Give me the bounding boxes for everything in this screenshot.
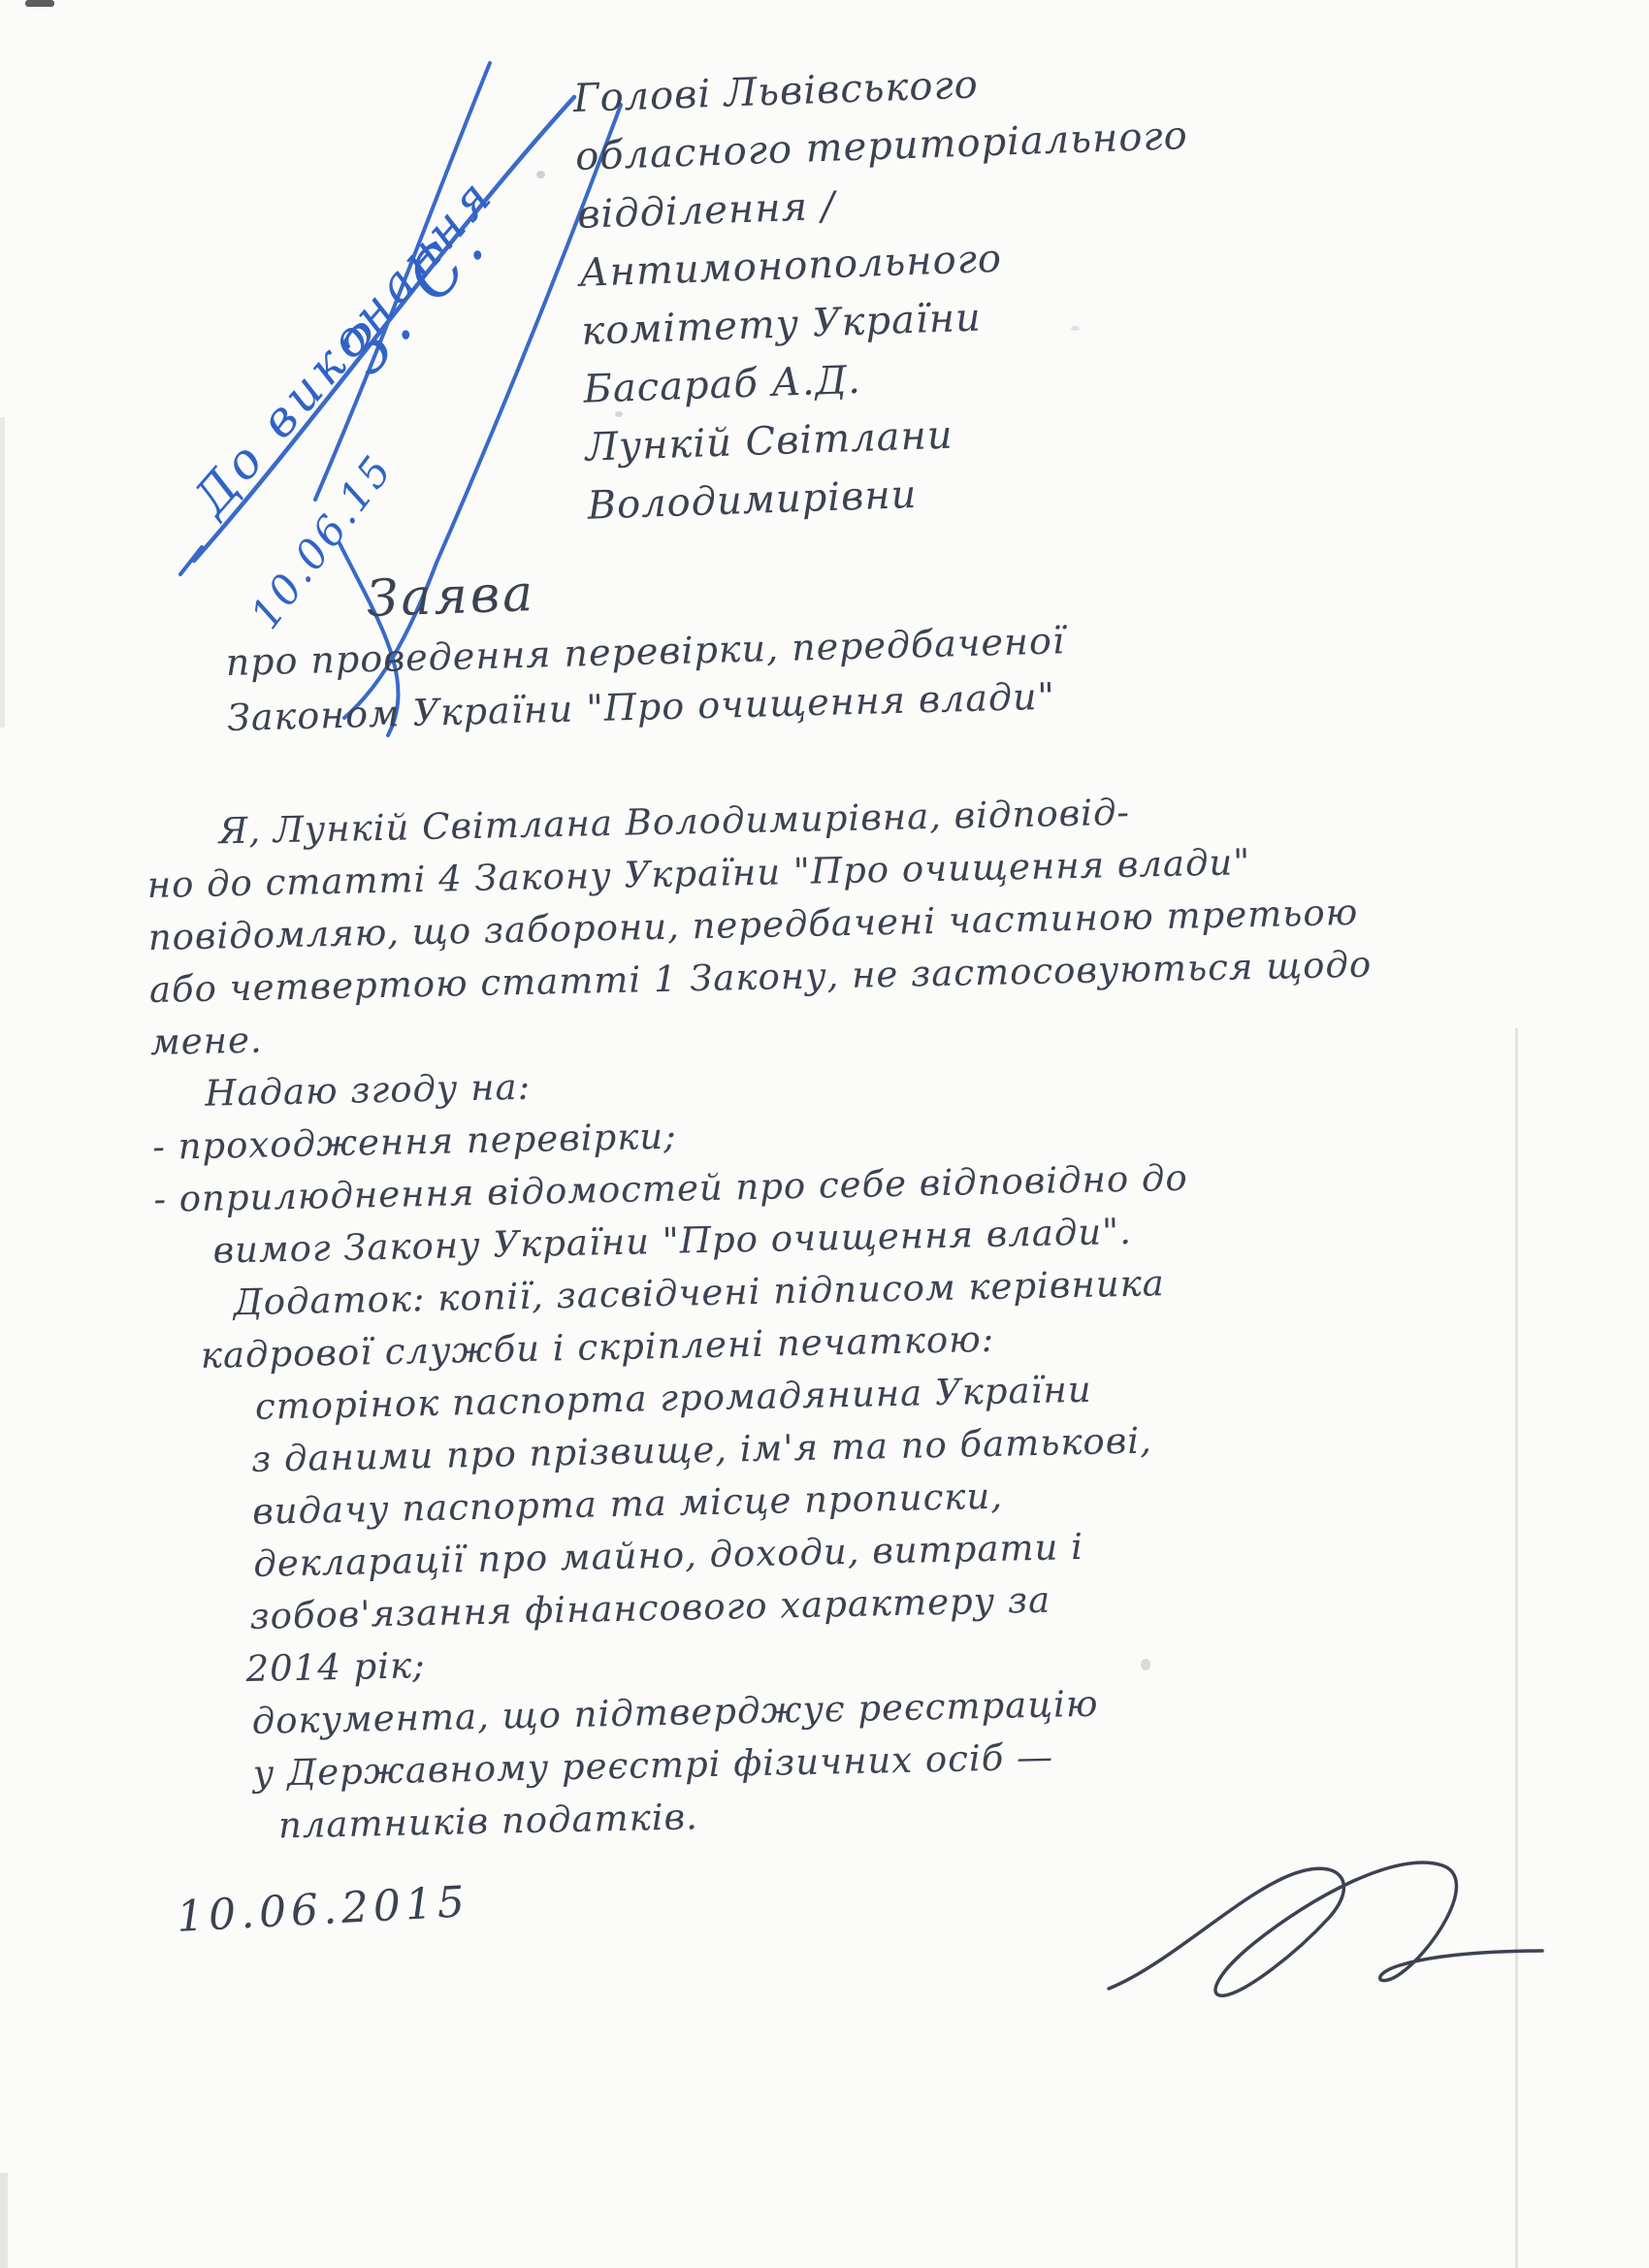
scan-edge-shadow	[0, 417, 5, 728]
doc-subtitle: про проведення перевірки, передбаченої З…	[225, 613, 1067, 746]
doc-title: Заява	[366, 565, 536, 629]
paper-crease	[1515, 1028, 1518, 2268]
scan-edge-shadow	[0, 2173, 8, 2268]
blue-underline-barb	[180, 547, 202, 574]
recipient-block: Голові Львівського обласного територіаль…	[572, 49, 1201, 535]
applicant-signature	[1101, 1829, 1557, 2061]
doc-date: 10.06.2015	[176, 1877, 470, 1942]
scanned-page: З. С. До виконання 10.06.15 Голові Львів…	[0, 0, 1649, 2268]
scan-edge-mark	[25, 0, 54, 7]
body-text: Я, Лункій Світлана Володимирівна, відпов…	[145, 782, 1390, 1855]
signature-stroke	[1109, 1863, 1542, 1995]
